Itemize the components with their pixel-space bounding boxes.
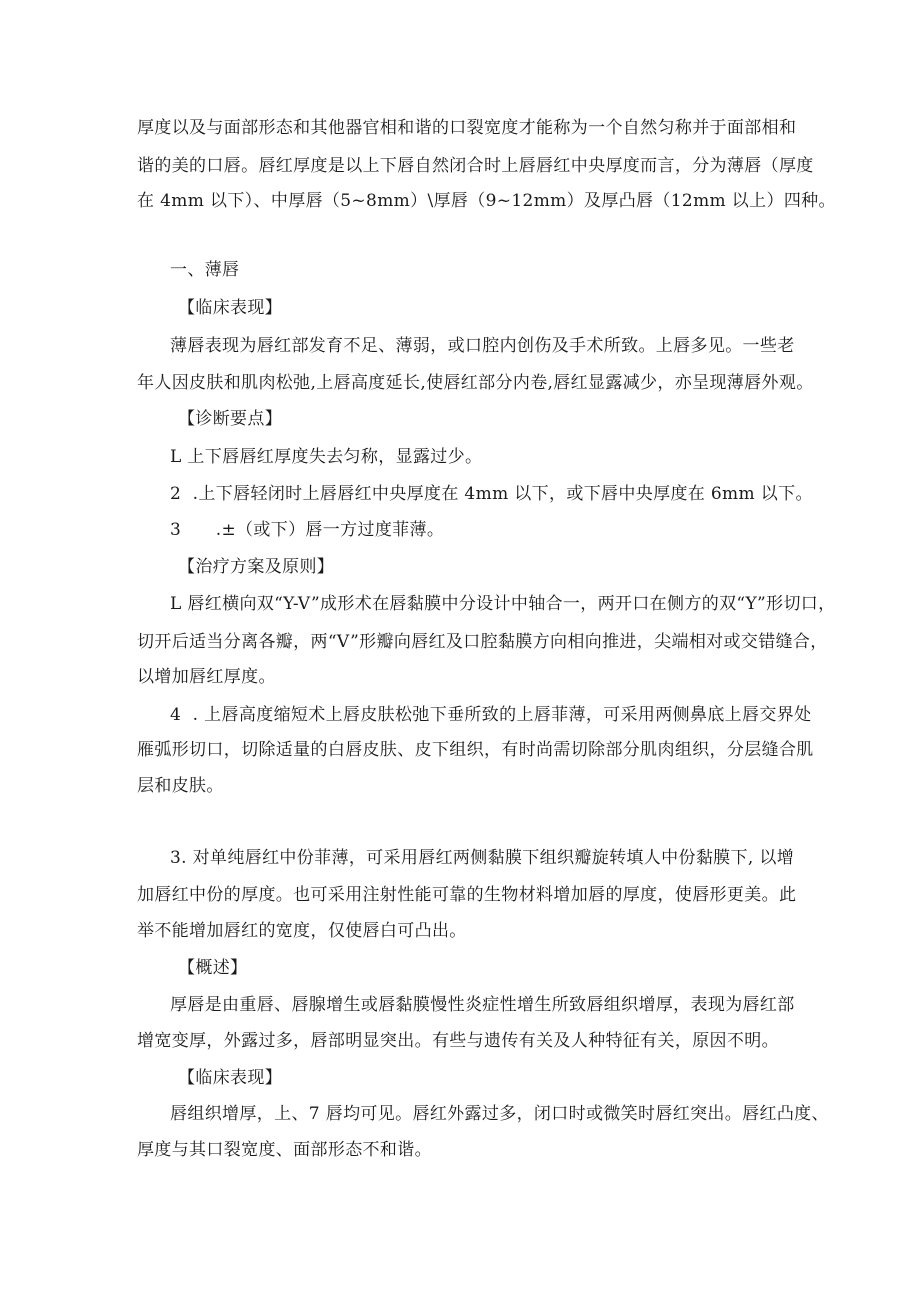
list-item: 3 .±（或下）唇一方过度菲薄。 xyxy=(170,519,444,541)
paragraph-line: 薄唇表现为唇红部发育不足、薄弱，或口腔内创伤及手术所致。上唇多见。一些老 xyxy=(170,335,795,357)
paragraph-line: 切开后适当分离各瓣，两“V”形瓣向唇红及口腔黏膜方向相向推进，尖端相对或交错缝合… xyxy=(137,631,828,653)
paragraph-line: 唇组织增厚，上、7 唇均可见。唇红外露过多，闭口时或微笑时唇红突出。唇红凸度、 xyxy=(170,1103,829,1125)
paragraph-line: 层和皮肤。 xyxy=(137,775,224,797)
paragraph-line: 厚度与其口裂宽度、面部形态不和谐。 xyxy=(137,1139,432,1161)
paragraph-line: 举不能增加唇红的宽度，仅使唇白可凸出。 xyxy=(137,920,467,942)
paragraph-line: 3. 对单纯唇红中份菲薄，可采用唇红两侧黏膜下组织瓣旋转填人中份黏膜下, 以增 xyxy=(170,847,794,869)
paragraph-line: 在 4mm 以下）、中厚唇（5~8mm）\厚唇（9~12mm）及厚凸唇（12mm… xyxy=(137,190,836,212)
paragraph-line: 厚度以及与面部形态和其他器官相和谐的口裂宽度才能称为一个自然匀称并于面部相和 xyxy=(137,117,796,139)
paragraph-line: 以增加唇红厚度。 xyxy=(137,666,276,688)
paragraph-line: 4 . 上唇高度缩短术上唇皮肤松弛下垂所致的上唇菲薄，可采用两侧鼻底上唇交界处 xyxy=(170,704,811,726)
subheading-clinical: 【临床表现】 xyxy=(178,297,282,319)
subheading-clinical: 【临床表现】 xyxy=(178,1067,282,1089)
paragraph-line: 雁弧形切口，切除适量的白唇皮肤、皮下组织，有时尚需切除部分肌肉组织，分层缝合肌 xyxy=(137,739,814,761)
paragraph-line: 加唇红中份的厚度。也可采用注射性能可靠的生物材料增加唇的厚度，使唇形更美。此 xyxy=(137,884,796,906)
list-item: L 上下唇唇红厚度失去匀称，显露过少。 xyxy=(170,446,482,468)
paragraph-line: L 唇红横向双“Y-V”成形术在唇黏膜中分设计中轴合一，两开口在侧方的双“Y”形… xyxy=(170,593,836,615)
subheading-overview: 【概述】 xyxy=(178,957,247,979)
subheading-treatment: 【治疗方案及原则】 xyxy=(178,556,334,578)
subheading-diagnosis: 【诊断要点】 xyxy=(178,408,282,430)
section-heading: 一、薄唇 xyxy=(170,259,239,281)
list-item: 2 .上下唇轻闭时上唇唇红中央厚度在 4mm 以下，或下唇中央厚度在 6mm 以… xyxy=(170,483,813,505)
paragraph-line: 增宽变厚，外露过多，唇部明显突出。有些与遗传有关及人种特征有关，原因不明。 xyxy=(137,1030,779,1052)
paragraph-line: 谐的美的口唇。唇红厚度是以上下唇自然闭合时上唇唇红中央厚度而言，分为薄唇（厚度 xyxy=(137,155,814,177)
paragraph-line: 年人因皮肤和肌肉松弛,上唇高度延长,使唇红部分内卷,唇红显露减少，亦呈现薄唇外观… xyxy=(137,372,814,394)
paragraph-line: 厚唇是由重唇、唇腺增生或唇黏膜慢性炎症性增生所致唇组织增厚，表现为唇红部 xyxy=(170,994,795,1016)
document-page: 厚度以及与面部形态和其他器官相和谐的口裂宽度才能称为一个自然匀称并于面部相和 谐… xyxy=(0,0,920,1301)
